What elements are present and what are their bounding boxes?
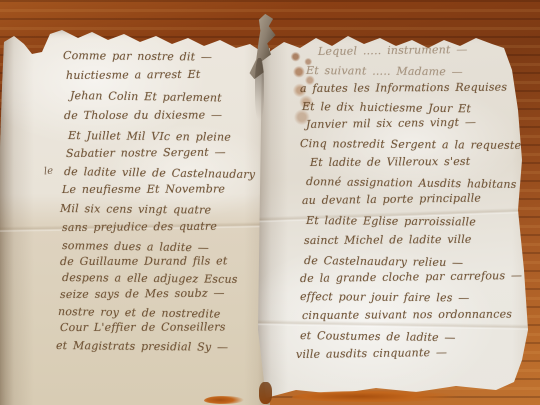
manuscript-line: cinquante suivant nos ordonnances — [302, 309, 512, 321]
manuscript-line: sainct Michel de ladite ville — [304, 234, 472, 246]
manuscript-line: donné assignation Ausdits habitans — [306, 176, 517, 190]
manuscript-line: despens a elle adjugez Escus — [62, 272, 238, 285]
manuscript-line: Janvier mil six cens vingt — — [306, 117, 476, 130]
manuscript-line: Et suivant ….. Madame — — [306, 65, 463, 77]
manuscript-line: Et Juillet Mil VIc en pleine — [68, 130, 231, 143]
manuscript-line: effect pour jouir faire les — — [300, 291, 470, 303]
manuscript-line: de Guillaume Durand fils et — [60, 255, 228, 267]
manuscript-line: huictiesme a arrest Et — [66, 69, 201, 81]
manuscript-line: ville ausdits cinquante — — [296, 347, 447, 360]
rust-stain — [259, 382, 272, 404]
manuscript-line: Et ladite Eglise parroissialle — [306, 215, 476, 227]
margin-mark: le — [43, 166, 53, 178]
manuscript-line: Lequel ….. instrument — — [318, 44, 468, 57]
manuscript-line: a fautes les Informations Requises — [300, 82, 507, 94]
manuscript-line: sans prejudice des quatre — [62, 221, 217, 233]
manuscript-line: Et ladite de Villeroux s'est — [310, 156, 470, 168]
centre-fold-shadow — [255, 58, 264, 120]
manuscript-line: nostre roy et de nostredite — [58, 306, 221, 320]
photo-of-manuscript: le Comme par nostre dit — huictiesme a a… — [0, 0, 540, 405]
manuscript-line: et Coustumes de ladite — — [300, 330, 456, 343]
rust-stain — [204, 396, 244, 404]
manuscript-line: Mil six cens vingt quatre — [60, 203, 211, 216]
manuscript-line: Et le dix huictiesme Jour Et — [302, 101, 471, 114]
manuscript-line: de Castelnaudary relieu — — [304, 255, 463, 268]
manuscript-line: Jehan Colin Et parlement — [70, 90, 222, 103]
manuscript-line: Le neufiesme Et Novembre — [62, 183, 225, 195]
manuscript-line: de ladite ville de Castelnaudary — [64, 166, 255, 180]
manuscript-line: Cinq nostredit Sergent a la requeste — [300, 138, 521, 151]
manuscript-line: et Magistrats presidial Sy — — [56, 340, 228, 353]
manuscript-line: de Tholose du dixiesme — — [64, 109, 222, 121]
manuscript-line: Cour L'effier de Conseillers — [60, 321, 226, 333]
manuscript-line: au devant la porte principalle — [302, 192, 481, 205]
manuscript-line: Comme par nostre dit — — [63, 50, 212, 63]
manuscript-line: seize says de Mes soubz — — [60, 288, 225, 300]
manuscript-line: de la grande cloche par carrefous — — [300, 270, 522, 284]
manuscript-line: sommes dues a ladite — — [62, 240, 209, 253]
manuscript-line: Sabatier nostre Sergent — — [66, 147, 226, 159]
rust-stain — [292, 391, 460, 402]
